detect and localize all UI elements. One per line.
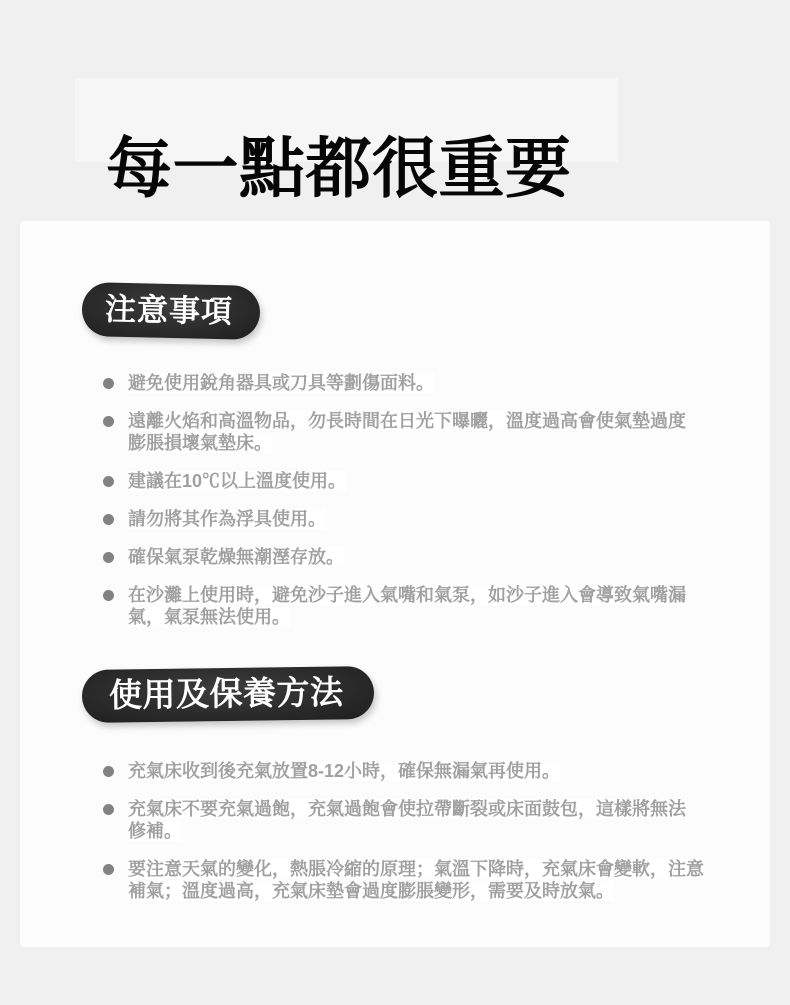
bullet-icon (103, 378, 114, 389)
info-card: 注意事項 避免使用銳角器具或刀具等劃傷面料。 遠離火焰和高溫物品，勿長時間在日光… (20, 221, 770, 947)
bullet-icon (103, 590, 114, 601)
list-item-text: 遠離火焰和高溫物品，勿長時間在日光下曝曬，溫度過高會使氣墊過度 膨脹損壞氣墊床。 (128, 411, 686, 453)
bullet-icon (103, 476, 114, 487)
bullet-icon (103, 864, 114, 875)
list-item-text: 要注意天氣的變化，熱脹冷縮的原理；氣溫下降時，充氣床會變軟，注意 補氣；溫度過高… (128, 859, 704, 901)
list-item-text: 充氣床不要充氣過飽，充氣過飽會使拉帶斷裂或床面鼓包，這樣將無法 修補。 (128, 799, 686, 841)
list-item-text: 確保氣泵乾燥無潮溼存放。 (128, 547, 344, 567)
list-item: 遠離火焰和高溫物品，勿長時間在日光下曝曬，溫度過高會使氣墊過度 膨脹損壞氣墊床。 (103, 410, 708, 454)
list-item-text: 充氣床收到後充氣放置8-12小時，確保無漏氣再使用。 (128, 761, 560, 781)
bullet-icon (103, 804, 114, 815)
usage-care-list: 充氣床收到後充氣放置8-12小時，確保無漏氣再使用。 充氣床不要充氣過飽，充氣過… (103, 760, 714, 902)
list-item: 充氣床不要充氣過飽，充氣過飽會使拉帶斷裂或床面鼓包，這樣將無法 修補。 (103, 798, 708, 842)
bullet-icon (103, 552, 114, 563)
list-item-text: 在沙灘上使用時，避免沙子進入氣嘴和氣泵，如沙子進入會導致氣嘴漏 氣，氣泵無法使用… (128, 585, 686, 627)
list-item-text: 避免使用銳角器具或刀具等劃傷面料。 (128, 373, 434, 393)
section-badge-precautions: 注意事項 (81, 282, 260, 340)
list-item-text: 建議在10℃以上溫度使用。 (128, 471, 346, 491)
bullet-icon (103, 766, 114, 777)
precautions-list: 避免使用銳角器具或刀具等劃傷面料。 遠離火焰和高溫物品，勿長時間在日光下曝曬，溫… (103, 372, 714, 628)
bullet-icon (103, 514, 114, 525)
section-badge-usage-care: 使用及保養方法 (82, 666, 374, 723)
bullet-icon (103, 416, 114, 427)
list-item: 請勿將其作為浮具使用。 (103, 508, 708, 530)
list-item: 避免使用銳角器具或刀具等劃傷面料。 (103, 372, 708, 394)
list-item-text: 請勿將其作為浮具使用。 (128, 509, 326, 529)
list-item: 建議在10℃以上溫度使用。 (103, 470, 708, 492)
list-item: 在沙灘上使用時，避免沙子進入氣嘴和氣泵，如沙子進入會導致氣嘴漏 氣，氣泵無法使用… (103, 584, 708, 628)
list-item: 要注意天氣的變化，熱脹冷縮的原理；氣溫下降時，充氣床會變軟，注意 補氣；溫度過高… (103, 858, 708, 902)
list-item: 確保氣泵乾燥無潮溼存放。 (103, 546, 708, 568)
list-item: 充氣床收到後充氣放置8-12小時，確保無漏氣再使用。 (103, 760, 708, 782)
page-title: 每一點都很重要 (106, 128, 572, 208)
